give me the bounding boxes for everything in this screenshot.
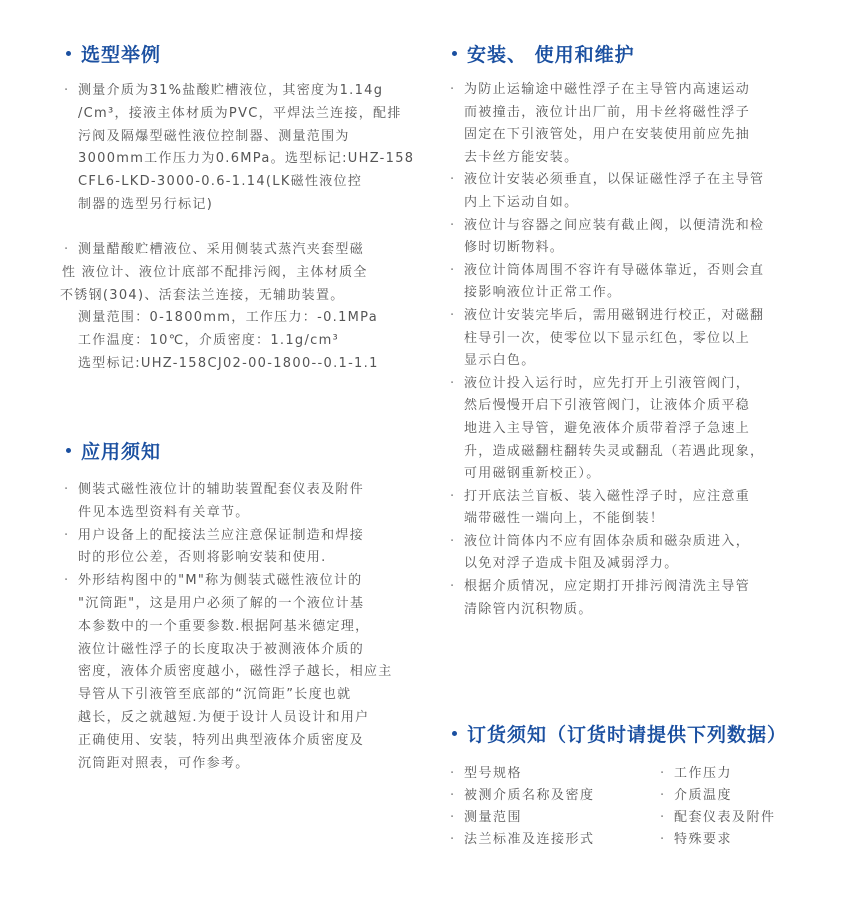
- order-item: ·测量范围: [450, 807, 522, 830]
- text-line: 液位计磁性浮子的长度取决于被测液体介质的: [64, 639, 393, 662]
- text-line: 密度，液体介质密度越小，磁性浮子越长，相应主: [64, 661, 393, 684]
- section-heading-installation: 安装、 使用和维护: [446, 40, 635, 67]
- text-line: 工作温度：10℃，介质密度：1.1g/cm³: [64, 330, 379, 353]
- order-item: ·型号规格: [450, 763, 522, 786]
- selection-example-1: ·测量介质为31%盐酸贮槽液位，其密度为1.14g /Cm³，接液主体材质为PV…: [64, 80, 414, 217]
- bullet-icon: ·: [450, 531, 464, 554]
- bullet-icon: ·: [450, 576, 464, 599]
- text-line: CFL6-LKD-3000-0.6-1.14(LK磁性液位控: [64, 171, 414, 194]
- text-line: 以免对浮子造成卡阻及减弱浮力。: [450, 553, 764, 576]
- order-item: ·特殊要求: [660, 829, 732, 852]
- bullet-icon: ·: [450, 79, 464, 102]
- bullet-icon: ·: [64, 239, 78, 262]
- text-line: 升，造成磁翻柱翻转失灵或翻乱（若遇此现象，: [450, 441, 764, 464]
- heading-text: 订货须知（订货时请提供下列数据）: [467, 724, 787, 746]
- text-line: 性 液位计、液位计底部不配排污阀，主体材质全: [62, 262, 379, 285]
- text-line: 不锈钢(304)、活套法兰连接，无辅助装置。: [60, 285, 379, 308]
- text-line: 本参数中的一个重要参数.根据阿基米德定理，: [64, 616, 393, 639]
- text-line: 清除管内沉积物质。: [450, 599, 764, 622]
- order-item: ·配套仪表及附件: [660, 807, 776, 830]
- text-line: 显示白色。: [450, 350, 764, 373]
- text-line: ·根据介质情况，应定期打开排污阀清洗主导管: [450, 576, 764, 599]
- text-line: ·液位计投入运行时，应先打开上引液管阀门，: [450, 373, 764, 396]
- text-line: 去卡丝方能安装。: [450, 147, 764, 170]
- text-line: ·侧装式磁性液位计的辅助装置配套仪表及附件: [64, 479, 393, 502]
- selection-example-2: ·测量醋酸贮槽液位、采用侧装式蒸汽夹套型磁 性 液位计、液位计底部不配排污阀，主…: [64, 239, 379, 376]
- bullet-icon: ·: [450, 260, 464, 283]
- bullet-icon: ·: [64, 525, 78, 548]
- text-line: 柱导引一次，使零位以下显示红色，零位以上: [450, 328, 764, 351]
- text-line: 内上下运动自如。: [450, 192, 764, 215]
- bullet-icon: ·: [64, 479, 78, 502]
- text-line: ·打开底法兰盲板、装入磁性浮子时，应注意重: [450, 486, 764, 509]
- text-line: 而被撞击，液位计出厂前，用卡丝将磁性浮子: [450, 102, 764, 125]
- text-line: 越长，反之就越短.为便于设计人员设计和用户: [64, 707, 393, 730]
- text-line: ·液位计安装完毕后，需用磁钢进行校正，对磁翻: [450, 305, 764, 328]
- installation-notes: ·为防止运输途中磁性浮子在主导管内高速运动 而被撞击，液位计出厂前，用卡丝将磁性…: [450, 79, 764, 621]
- application-notes: ·侧装式磁性液位计的辅助装置配套仪表及附件 件见本选型资料有关章节。 ·用户设备…: [64, 479, 393, 775]
- text-line: 修时切断物料。: [450, 237, 764, 260]
- section-heading-selection-example: 选型举例: [60, 40, 161, 67]
- order-item: ·工作压力: [660, 763, 732, 786]
- bullet-dot-icon: [452, 731, 457, 736]
- text-line: 3000mm工作压力为0.6MPa。选型标记:UHZ-158: [64, 148, 414, 171]
- text-line: ·液位计筒体内不应有固体杂质和磁杂质进入，: [450, 531, 764, 554]
- text-line: "沉筒距"，这是用户必须了解的一个液位计基: [64, 593, 393, 616]
- text-line: 接影响液位计正常工作。: [450, 282, 764, 305]
- text-line: ·液位计筒体周围不容许有导磁体靠近，否则会直: [450, 260, 764, 283]
- order-item: ·被测介质名称及密度: [450, 785, 595, 808]
- order-item: ·介质温度: [660, 785, 732, 808]
- bullet-icon: ·: [64, 570, 78, 593]
- text-line: 制器的选型另行标记): [64, 194, 414, 217]
- text-line: 沉筒距对照表，可作参考。: [64, 753, 393, 776]
- bullet-dot-icon: [452, 51, 457, 56]
- text-line: 正确使用、安装，特列出典型液体介质密度及: [64, 730, 393, 753]
- text-line: 污阀及隔爆型磁性液位控制器、测量范围为: [64, 126, 414, 149]
- text-line: 地进入主导管，避免液体介质带着浮子急速上: [450, 418, 764, 441]
- text-line: ·液位计与容器之间应装有截止阀，以便清洗和检: [450, 215, 764, 238]
- text-line: 时的形位公差，否则将影响安装和使用.: [64, 547, 393, 570]
- text-line: ·测量介质为31%盐酸贮槽液位，其密度为1.14g: [64, 80, 414, 103]
- heading-text: 安装、 使用和维护: [467, 44, 635, 66]
- heading-text: 选型举例: [81, 44, 161, 66]
- text-line: 导管从下引液管至底部的“沉筒距”长度也就: [64, 684, 393, 707]
- text-line: /Cm³，接液主体材质为PVC，平焊法兰连接，配排: [64, 103, 414, 126]
- bullet-icon: ·: [450, 373, 464, 396]
- section-heading-ordering-notes: 订货须知（订货时请提供下列数据）: [446, 720, 787, 747]
- text-line: ·外形结构图中的"M"称为侧装式磁性液位计的: [64, 570, 393, 593]
- text-line: 选型标记:UHZ-158CJ02-00-1800--0.1-1.1: [64, 353, 379, 376]
- text-line: 件见本选型资料有关章节。: [64, 502, 393, 525]
- text-line: 测量范围：0-1800mm，工作压力：-0.1MPa: [64, 307, 379, 330]
- ordering-checklist: ·型号规格 ·被测介质名称及密度 ·测量范围 ·法兰标准及连接形式 ·工作压力 …: [450, 763, 820, 858]
- text-line: 端带磁性一端向上，不能倒装！: [450, 508, 764, 531]
- heading-text: 应用须知: [81, 441, 161, 463]
- bullet-dot-icon: [66, 448, 71, 453]
- text-line: ·液位计安装必须垂直，以保证磁性浮子在主导管: [450, 169, 764, 192]
- text-line: ·为防止运输途中磁性浮子在主导管内高速运动: [450, 79, 764, 102]
- bullet-icon: ·: [450, 486, 464, 509]
- text-line: 固定在下引液管处，用户在安装使用前应先抽: [450, 124, 764, 147]
- text-line: 可用磁钢重新校正）。: [450, 463, 764, 486]
- text-line: ·测量醋酸贮槽液位、采用侧装式蒸汽夹套型磁: [64, 239, 379, 262]
- bullet-icon: ·: [64, 80, 78, 103]
- bullet-dot-icon: [66, 51, 71, 56]
- text-line: ·用户设备上的配接法兰应注意保证制造和焊接: [64, 525, 393, 548]
- bullet-icon: ·: [450, 169, 464, 192]
- text-line: 然后慢慢开启下引液管阀门，让液体介质平稳: [450, 395, 764, 418]
- bullet-icon: ·: [450, 305, 464, 328]
- order-item: ·法兰标准及连接形式: [450, 829, 595, 852]
- section-heading-application-notes: 应用须知: [60, 437, 161, 464]
- bullet-icon: ·: [450, 215, 464, 238]
